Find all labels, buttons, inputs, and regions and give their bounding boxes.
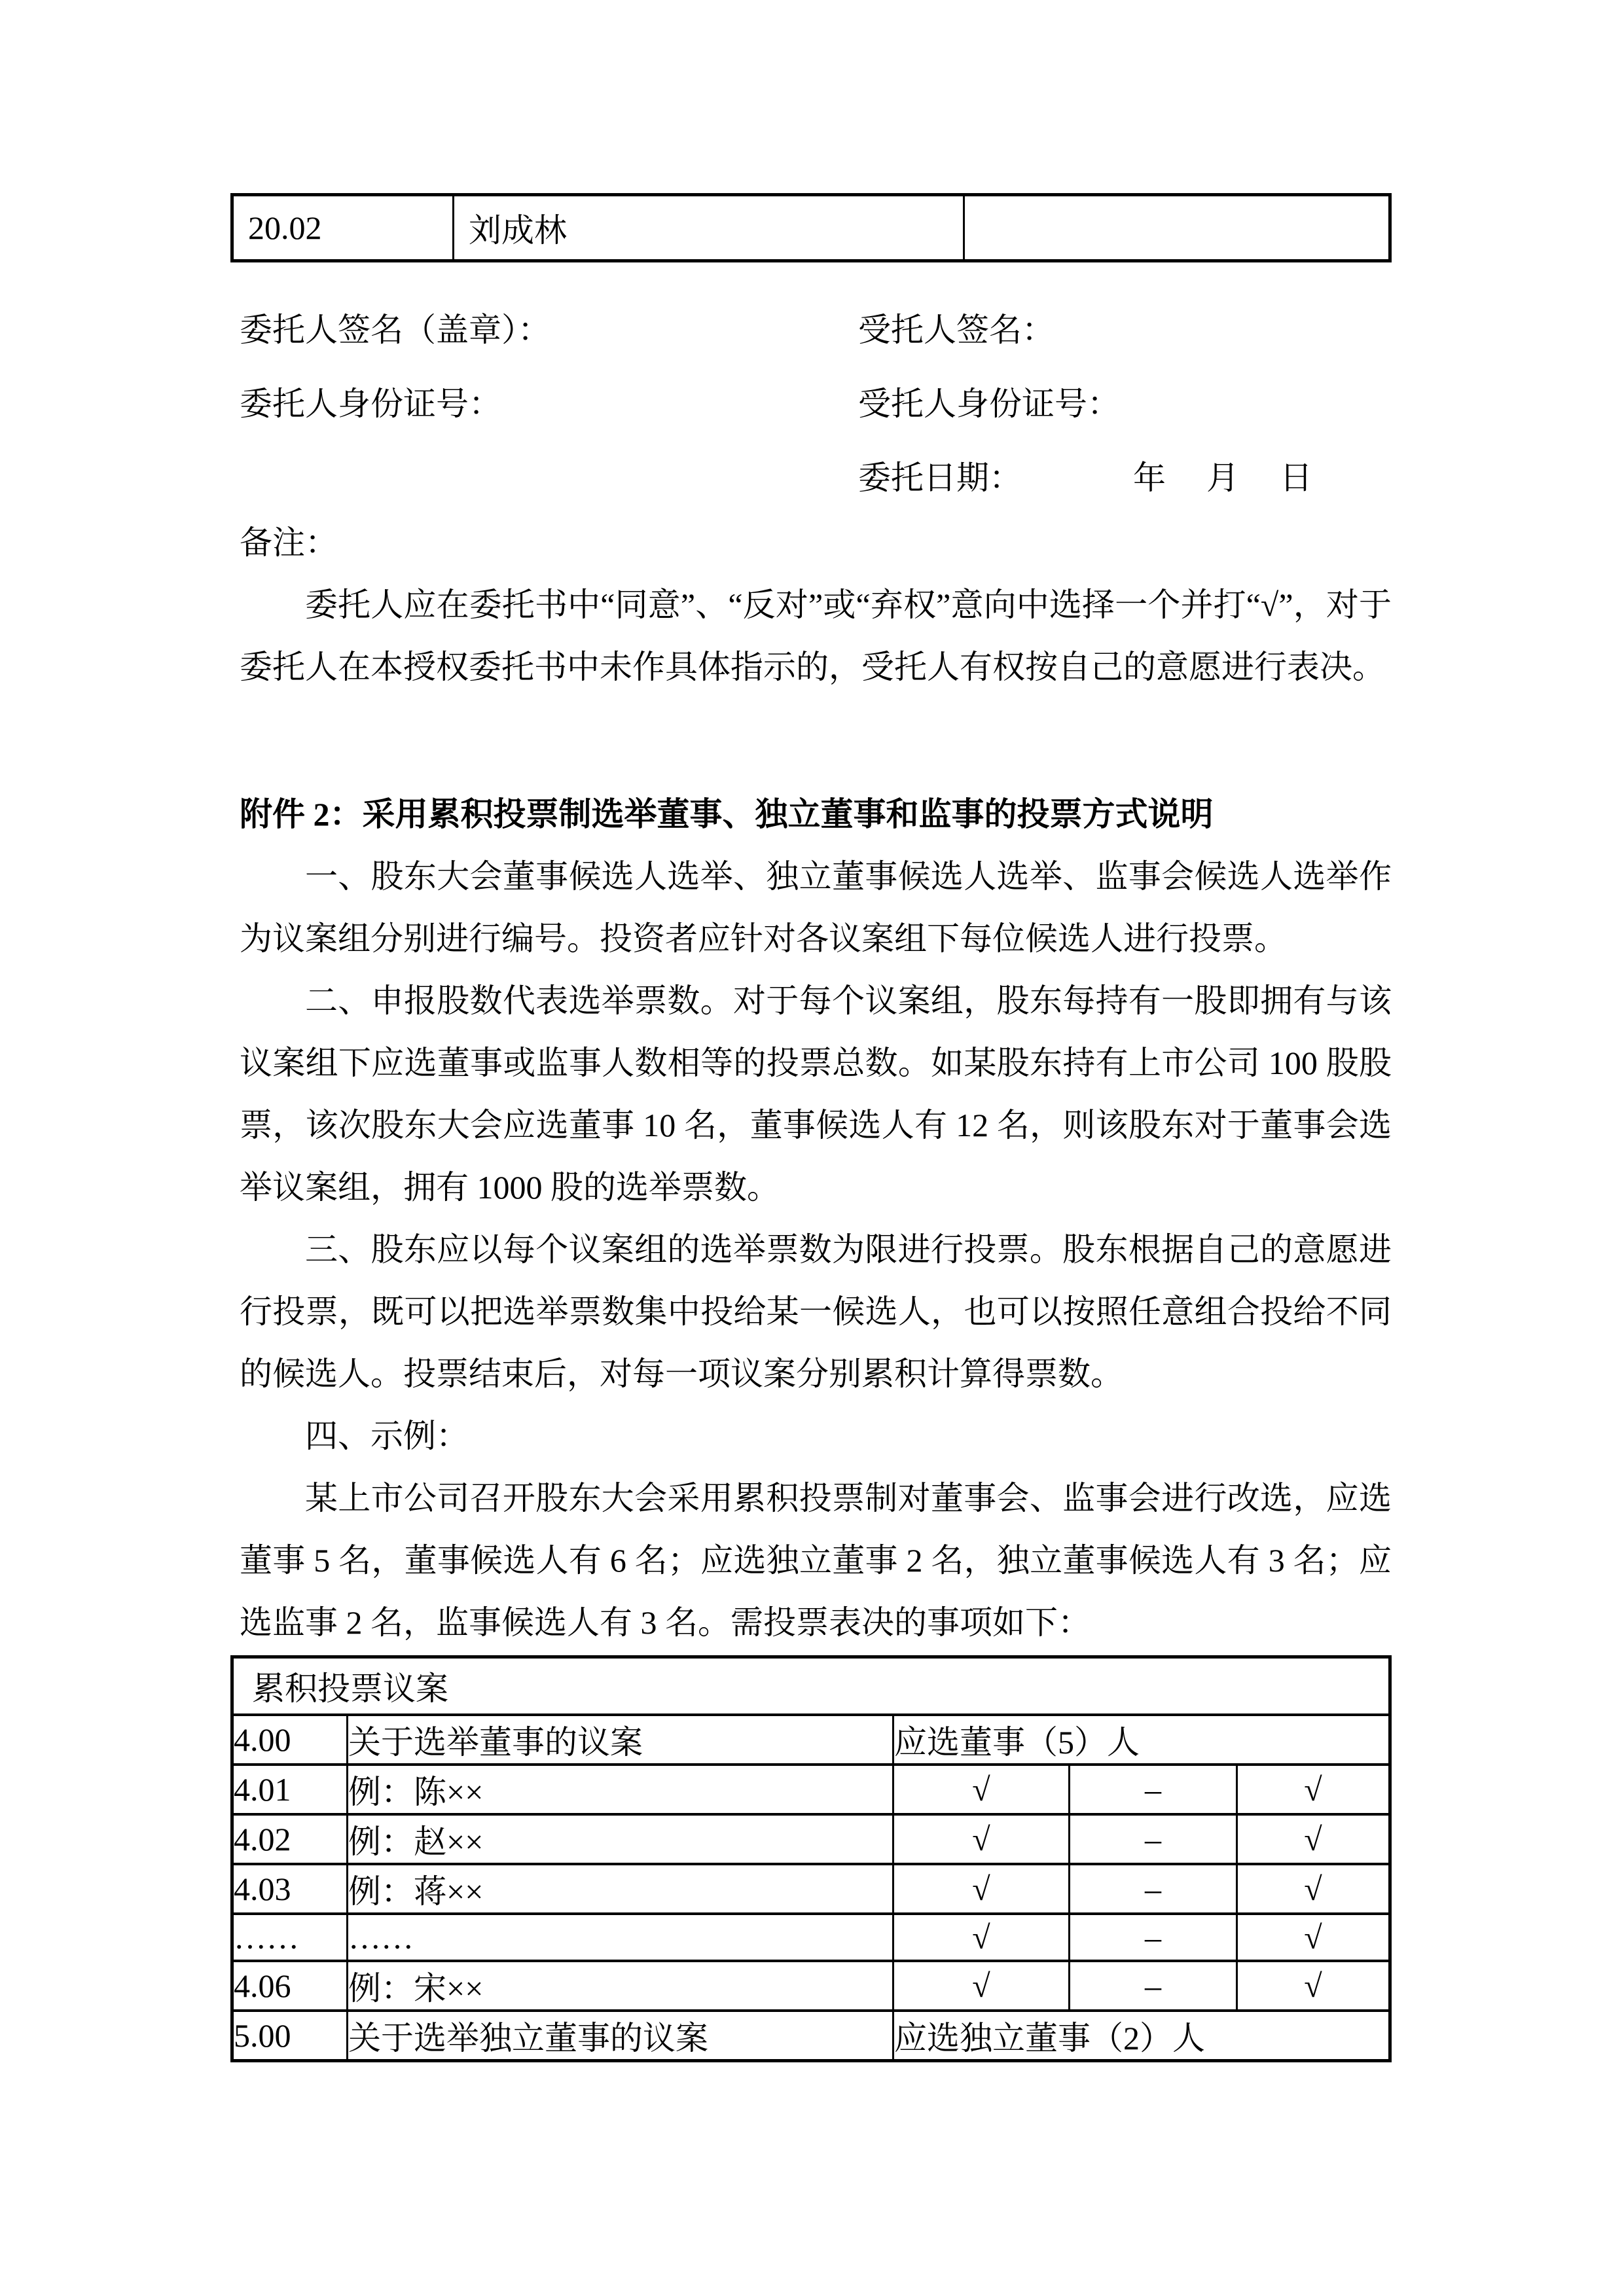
vote-mark-cell: √ xyxy=(1237,1765,1390,1814)
attachment2-heading: 附件 2：采用累积投票制选举董事、独立董事和监事的投票方式说明 xyxy=(230,783,1392,846)
vote-mark-cell: √ xyxy=(893,1961,1070,2011)
proposal-number-cell: 4.00 xyxy=(232,1715,348,1765)
vote-mark-cell: – xyxy=(1070,1765,1237,1814)
empty-cell xyxy=(964,195,1390,261)
proposal-name-cell: 关于选举独立董事的议案 xyxy=(348,2011,893,2061)
attachment2-paragraph-3: 三、股东应以每个议案组的选举票数为限进行投票。股东根据自己的意愿进行投票，既可以… xyxy=(230,1219,1392,1405)
ellipsis-cell: …… xyxy=(232,1914,348,1961)
seats-note-cell: 应选独立董事（2）人 xyxy=(893,2011,1390,2061)
proposal-name-cell: 关于选举董事的议案 xyxy=(348,1715,893,1765)
vote-mark-cell: – xyxy=(1070,1864,1237,1914)
voting-table-title-row: 累积投票议案 xyxy=(232,1657,1390,1715)
proposal-number-cell: 4.06 xyxy=(232,1961,348,2011)
voting-table-title: 累积投票议案 xyxy=(232,1657,1390,1715)
vote-mark-cell: – xyxy=(1070,1914,1237,1961)
proposal-number-cell: 4.03 xyxy=(232,1864,348,1914)
remark-text: 委托人应在委托书中“同意”、“反对”或“弃权”意向中选择一个并打“√”，对于委托… xyxy=(230,574,1392,698)
trustee-signature-label: 受托人签名： xyxy=(849,290,1392,364)
table-row: 4.03 例：蒋×× √ – √ xyxy=(232,1864,1390,1914)
seats-note-cell: 应选董事（5）人 xyxy=(893,1715,1390,1765)
document-page: 20.02 刘成林 委托人签名（盖章）： 受托人签名： 委托人身份证号： 受托人… xyxy=(0,0,1624,2296)
trustee-id-label: 受托人身份证号： xyxy=(849,364,1392,438)
proposal-number-cell: 4.01 xyxy=(232,1765,348,1814)
date-line: 委托日期： 年 月 日 xyxy=(849,438,1392,512)
vote-mark-cell: √ xyxy=(893,1765,1070,1814)
ellipsis-cell: …… xyxy=(348,1914,893,1961)
carryover-table: 20.02 刘成林 xyxy=(230,193,1392,262)
vote-mark-cell: √ xyxy=(893,1914,1070,1961)
vote-mark-cell: √ xyxy=(893,1864,1070,1914)
candidate-name-cell: 例：赵×× xyxy=(348,1814,893,1864)
date-day-label: 日 xyxy=(1280,452,1312,499)
table-row: 4.00 关于选举董事的议案 应选董事（5）人 xyxy=(232,1715,1390,1765)
vote-mark-cell: √ xyxy=(1237,1864,1390,1914)
table-row: 5.00 关于选举独立董事的议案 应选独立董事（2）人 xyxy=(232,2011,1390,2061)
table-row: 4.06 例：宋×× √ – √ xyxy=(232,1961,1390,2011)
proposal-number-cell: 20.02 xyxy=(232,195,454,261)
vote-mark-cell: √ xyxy=(1237,1961,1390,2011)
proposal-number-cell: 5.00 xyxy=(232,2011,348,2061)
attachment2-paragraph-5: 某上市公司召开股东大会采用累积投票制对董事会、监事会进行改选，应选董事 5 名，… xyxy=(230,1467,1392,1654)
proposal-number-cell: 4.02 xyxy=(232,1814,348,1864)
date-label: 委托日期： xyxy=(858,452,1022,499)
candidate-name-cell: 例：蒋×× xyxy=(348,1864,893,1914)
candidate-name-cell: 刘成林 xyxy=(454,195,964,261)
vote-mark-cell: √ xyxy=(1237,1814,1390,1864)
vote-mark-cell: √ xyxy=(893,1814,1070,1864)
attachment2-paragraph-2: 二、申报股数代表选举票数。对于每个议案组，股东每持有一股即拥有与该议案组下应选董… xyxy=(230,970,1392,1219)
candidate-name-cell: 例：陈×× xyxy=(348,1765,893,1814)
vote-mark-cell: – xyxy=(1070,1961,1237,2011)
proxy-id-label: 委托人身份证号： xyxy=(230,364,849,438)
remark-label: 备注： xyxy=(230,512,1392,574)
cumulative-voting-table: 累积投票议案 4.00 关于选举董事的议案 应选董事（5）人 4.01 例：陈×… xyxy=(230,1655,1392,2062)
date-month-label: 月 xyxy=(1206,452,1239,499)
attachment2-paragraph-1: 一、股东大会董事候选人选举、独立董事候选人选举、监事会候选人选举作为议案组分别进… xyxy=(230,846,1392,970)
candidate-name-cell: 例：宋×× xyxy=(348,1961,893,2011)
vote-mark-cell: √ xyxy=(1237,1914,1390,1961)
empty-slot xyxy=(230,438,849,512)
table-row: 4.02 例：赵×× √ – √ xyxy=(232,1814,1390,1864)
table-row: …… …… √ – √ xyxy=(232,1914,1390,1961)
vote-mark-cell: – xyxy=(1070,1814,1237,1864)
table-row: 20.02 刘成林 xyxy=(232,195,1390,261)
signature-block: 委托人签名（盖章）： 受托人签名： 委托人身份证号： 受托人身份证号： 委托日期… xyxy=(230,290,1392,512)
proxy-signature-label: 委托人签名（盖章）： xyxy=(230,290,849,364)
table-row: 4.01 例：陈×× √ – √ xyxy=(232,1765,1390,1814)
attachment2-paragraph-4: 四、示例： xyxy=(230,1405,1392,1467)
date-year-label: 年 xyxy=(1133,452,1166,499)
